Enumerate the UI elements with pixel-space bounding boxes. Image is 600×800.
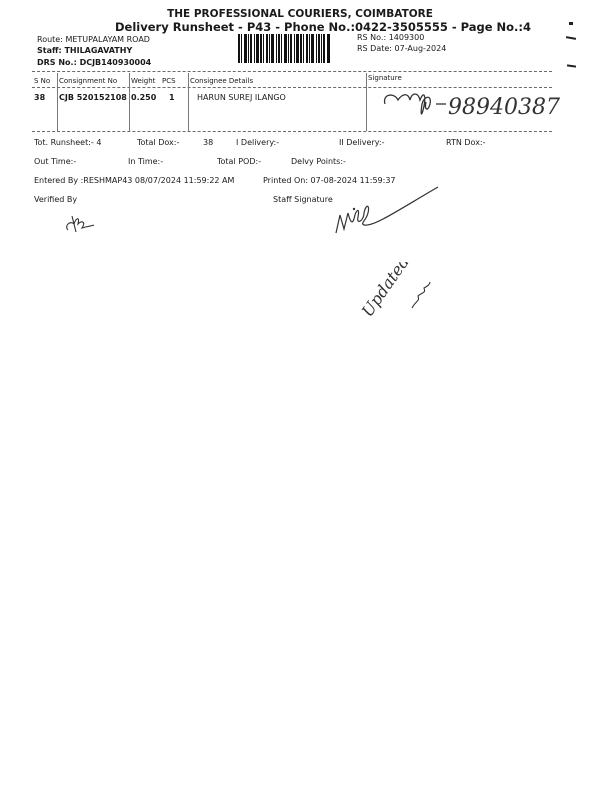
barcode: [238, 34, 338, 63]
col-divider: [188, 73, 189, 131]
col-header-pcs: PCS: [162, 77, 176, 85]
col-divider: [57, 73, 58, 131]
staff-label: Staff: THILAGAVATHY: [37, 46, 132, 55]
rtn-dox: RTN Dox:-: [446, 138, 486, 147]
scan-mark: [566, 36, 576, 40]
scan-mark: [567, 64, 576, 67]
staff-signature: [330, 185, 440, 240]
cell-consignee: HARUN SUREJ ILANGO: [197, 93, 286, 102]
runsheet-subtitle: Delivery Runsheet - P43 - Phone No.:0422…: [115, 20, 531, 34]
col-header-consignee: Consignee Details: [190, 77, 253, 85]
total-dox-label: Total Dox:-: [137, 138, 179, 147]
col-header-weight: Weight: [131, 77, 155, 85]
delvy-points: Delvy Points:-: [291, 157, 346, 166]
cell-pcs: 1: [169, 93, 175, 102]
recipient-signature: 9894038720: [380, 82, 560, 130]
drs-number: DRS No.: DCJB140930004: [37, 58, 151, 67]
printed-on: Printed On: 07-08-2024 11:59:37: [263, 176, 396, 185]
col-header-sno: S No: [34, 77, 50, 85]
ii-delivery: II Delivery:-: [339, 138, 384, 147]
company-title: THE PROFESSIONAL COURIERS, COIMBATORE: [0, 8, 600, 20]
staff-signature-label: Staff Signature: [273, 195, 333, 204]
col-divider: [129, 73, 130, 131]
i-delivery: I Delivery:-: [236, 138, 279, 147]
cell-weight: 0.250: [131, 93, 156, 102]
verified-by-label: Verified By: [34, 195, 77, 204]
scan-mark: [569, 22, 573, 25]
out-time: Out Time:-: [34, 157, 76, 166]
route-label: Route: METUPALAYAM ROAD: [37, 35, 150, 44]
rs-number: RS No.: 1409300: [357, 33, 424, 42]
verifier-initials: [60, 212, 100, 234]
cell-consignment-no: CJB 520152108: [59, 93, 127, 102]
table-bottom-rule: [32, 131, 552, 132]
entered-by: Entered By :RESHMAP43 08/07/2024 11:59:2…: [34, 176, 234, 185]
cell-sno: 38: [34, 93, 45, 102]
col-header-signature: Signature: [368, 74, 402, 82]
tot-runsheet: Tot. Runsheet:- 4: [34, 138, 101, 147]
handwritten-updated-note: Updated: [360, 262, 440, 322]
total-dox-value: 38: [203, 138, 213, 147]
signature-phone: 9894038720: [448, 95, 560, 120]
updated-text: Updated: [360, 262, 413, 320]
col-header-consignment: Consignment No: [59, 77, 117, 85]
in-time: In Time:-: [128, 157, 163, 166]
col-divider: [366, 73, 367, 131]
total-pod: Total POD:-: [217, 157, 261, 166]
rs-date: RS Date: 07-Aug-2024: [357, 44, 446, 53]
table-top-rule: [32, 71, 552, 72]
